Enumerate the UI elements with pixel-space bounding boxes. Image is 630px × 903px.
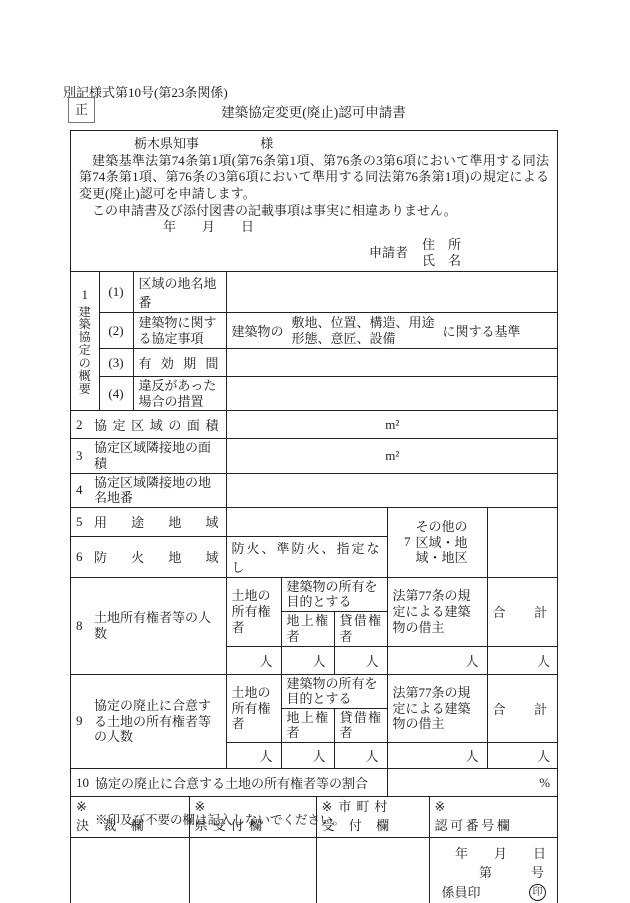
row7-label-cell: 7 その他の区域・地域・地区	[387, 507, 487, 577]
sub2-item-stack: 敷地、位置、構造、用途 形態、意匠、設備	[292, 315, 435, 348]
sub2-items-line2: 形態、意匠、設備	[292, 331, 435, 347]
sub2-items-line1: 敷地、位置、構造、用途	[292, 315, 435, 331]
table-row: 5 用途地域 7 その他の区域・地域・地区	[71, 507, 558, 536]
row9-total-header: 合計	[487, 674, 558, 743]
row9-article77-header: 法第77条の規定による建築物の借主	[387, 674, 487, 743]
municipal-reception-box-body	[316, 837, 429, 903]
row6-value: 防火、準防火、指定なし	[226, 536, 387, 577]
sub2-number: (2)	[99, 313, 133, 349]
header-section: 栃木県知事 様 建築基準法第74条第1項(第76条第1項、第76条の3第6項にお…	[71, 131, 557, 271]
row9-lease-rights-unit: 人	[334, 743, 387, 769]
municipal-area-label: 市町村	[338, 799, 392, 814]
row9-article77-unit: 人	[387, 743, 487, 769]
sub4-label: 違反があった場合の措置	[133, 377, 226, 411]
row2-value-cell: m²	[226, 411, 558, 439]
row6-number: 6	[76, 549, 88, 565]
row3-value-cell: m²	[226, 439, 558, 473]
row9-label: 協定の廃止に合意する土地の所有権者等の人数	[94, 698, 221, 745]
form-sheet: 別記様式第10号(第23条関係) 正 建築協定変更(廃止)認可申請書 栃木県知事…	[0, 0, 630, 903]
row1-group-label: 建築協定の概要	[78, 306, 92, 397]
row9-total-label: 合計	[493, 699, 548, 718]
page-title: 建築協定変更(廃止)認可申請書	[70, 101, 557, 121]
table-row: 1 建築協定の概要 (1) 区域の地名地番	[71, 272, 558, 313]
row8-building-purpose-header: 建築物の所有を目的とする	[281, 577, 387, 611]
row8-surface-rights-unit: 人	[281, 646, 334, 674]
approval-mark: ※	[435, 798, 554, 817]
approval-number-box-body: 年 月 日 第 号 係員印 印	[429, 837, 558, 903]
sub3-number: (3)	[99, 349, 133, 377]
row9-land-owner-unit: 人	[226, 743, 281, 769]
address-label: 住 所	[422, 237, 461, 253]
row1-number: 1	[76, 287, 94, 303]
table-row: (3) 有効期間	[71, 349, 558, 377]
row8-surface-rights-header: 地上権者	[281, 612, 334, 647]
row7-label: その他の区域・地域・地区	[415, 519, 470, 566]
approval-date-placeholder: 年 月 日	[442, 844, 547, 864]
row8-article77-header: 法第77条の規定による建築物の借主	[387, 577, 487, 646]
row10-label: 協定の廃止に合意する土地の所有権者等の割合	[95, 773, 382, 792]
row8-total-header: 合計	[487, 577, 558, 646]
sub1-label: 区域の地名地番	[133, 272, 226, 313]
row10-number: 10	[76, 775, 89, 791]
row1-number-cell: 1 建築協定の概要	[71, 272, 99, 411]
row7-number: 7	[404, 534, 411, 550]
row7-value-cell	[487, 507, 558, 577]
sub4-number: (4)	[99, 377, 133, 411]
row9-lease-rights-label: 貸借権者	[340, 710, 382, 741]
sub4-value-cell	[226, 377, 558, 411]
table-row: (4) 違反があった場合の措置	[71, 377, 558, 411]
main-table: 1 建築協定の概要 (1) 区域の地名地番 (2) 建築物に関する協定事項 建築…	[71, 271, 558, 796]
approval-label: 認可番号欄	[435, 817, 510, 836]
declaration: この申請書及び添付図書の記載事項は事実に相違ありません。	[79, 203, 549, 220]
row8-lease-rights-unit: 人	[334, 646, 387, 674]
row8-lease-rights-label: 貸借権者	[340, 613, 382, 644]
row3-number: 3	[76, 448, 88, 464]
applicant-label: 申請者	[369, 245, 408, 262]
sub2-standard-phrase: 建築物の 敷地、位置、構造、用途 形態、意匠、設備 に関する基準	[232, 315, 554, 348]
addressee: 栃木県知事	[134, 136, 199, 151]
row8-total-label: 合計	[493, 602, 548, 621]
sub3-value-cell	[226, 349, 558, 377]
sub2-value-cell: 建築物の 敷地、位置、構造、用途 形態、意匠、設備 に関する基準	[226, 313, 558, 349]
row8-land-owner-unit: 人	[226, 646, 281, 674]
row5-label: 用途地域	[94, 512, 221, 531]
approval-number-box-header: ※ 認可番号欄	[429, 796, 558, 837]
table-row: 2 協定区域の面積 m²	[71, 411, 558, 439]
row6-label: 防火地域	[94, 547, 221, 566]
row8-surface-rights-label: 地上権者	[287, 613, 329, 644]
row8-total-unit: 人	[487, 646, 558, 674]
table-row: 8 土地所有権者等の人数 土地の所有権者 建築物の所有を目的とする 法第77条の…	[71, 577, 558, 611]
table-row: 4 協定区域隣接地の地名地番	[71, 473, 558, 507]
sub2-suffix: に関する基準	[443, 321, 521, 340]
applicant-fields: 住 所 氏 名	[422, 237, 461, 270]
footnote: ※印及び不要の欄は記入しないでください。	[95, 810, 345, 828]
row10-value-cell: %	[387, 769, 558, 796]
row3-label: 協定区域隣接地の面積	[94, 440, 221, 471]
row2-label: 協定区域の面積	[94, 415, 221, 434]
row4-label: 協定区域隣接地の地名地番	[94, 475, 221, 506]
table-row: (2) 建築物に関する協定事項 建築物の 敷地、位置、構造、用途 形態、意匠、設…	[71, 313, 558, 349]
addressee-line: 栃木県知事 様	[134, 136, 549, 153]
legal-citation: 建築基準法第74条第1項(第76条第1項、第76条の3第6項において準用する同法…	[79, 153, 549, 203]
sub3-label: 有効期間	[139, 353, 221, 372]
staff-seal-label: 係員印	[442, 883, 481, 903]
table-row: 3 協定区域隣接地の面積 m²	[71, 439, 558, 473]
row2-number: 2	[76, 417, 88, 433]
sub2-prefix: 建築物の	[232, 321, 284, 340]
row8-lease-rights-header: 貸借権者	[334, 612, 387, 647]
row9-surface-rights-unit: 人	[281, 743, 334, 769]
row4-value-cell	[226, 473, 558, 507]
row5-number: 5	[76, 514, 88, 530]
decision-box-body	[71, 837, 189, 903]
approval-number-placeholder: 第 号	[442, 863, 547, 883]
form-body: 栃木県知事 様 建築基準法第74条第1項(第76条第1項、第76条の3第6項にお…	[70, 130, 558, 903]
row9-surface-rights-label: 地上権者	[287, 710, 329, 741]
name-label: 氏 名	[422, 253, 461, 269]
honorific: 様	[260, 136, 273, 151]
row9-building-purpose-header: 建築物の所有を目的とする	[281, 674, 387, 708]
row9-total-unit: 人	[487, 743, 558, 769]
applicant-block: 申請者 住 所 氏 名	[79, 237, 549, 270]
sub2-label: 建築物に関する協定事項	[133, 313, 226, 349]
table-row: 9 協定の廃止に合意する土地の所有権者等の人数 土地の所有権者 建築物の所有を目…	[71, 674, 558, 708]
row8-article77-unit: 人	[387, 646, 487, 674]
row8-label: 土地所有権者等の人数	[94, 610, 221, 641]
row9-lease-rights-header: 貸借権者	[334, 708, 387, 743]
table-row: 年 月 日 第 号 係員印 印	[71, 837, 558, 903]
sub1-number: (1)	[99, 272, 133, 313]
row9-number: 9	[76, 713, 88, 729]
row5-value-cell	[226, 507, 387, 536]
seal-stamp-icon: 印	[529, 884, 546, 901]
row8-number: 8	[76, 618, 88, 634]
row4-number: 4	[76, 482, 88, 498]
row9-land-owner-header: 土地の所有権者	[226, 674, 281, 743]
date-placeholder: 年 月 日	[163, 219, 549, 236]
sub1-value-cell	[226, 272, 558, 313]
row9-surface-rights-header: 地上権者	[281, 708, 334, 743]
table-row: 10 協定の廃止に合意する土地の所有権者等の割合 %	[71, 769, 558, 796]
row8-land-owner-header: 土地の所有権者	[226, 577, 281, 646]
staff-seal-line: 係員印 印	[442, 883, 547, 903]
pref-reception-box-body	[189, 837, 316, 903]
